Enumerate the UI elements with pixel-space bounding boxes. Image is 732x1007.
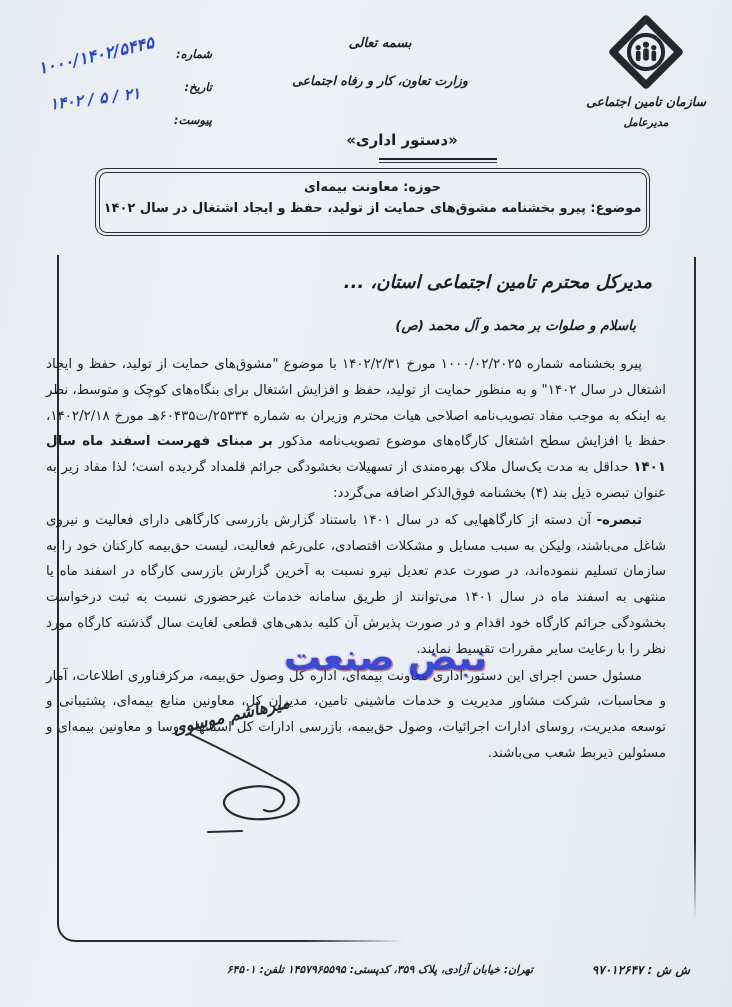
watermark-text: نبض صنعت bbox=[278, 636, 493, 679]
footer-address: تهران: خیابان آزادی، پلاک ۳۵۹، کدپستی: ۱… bbox=[238, 963, 533, 976]
social-security-organization-emblem-icon bbox=[608, 14, 684, 90]
subject-box: حوزه: معاونت بیمه‌ای موضوع: پیرو بخشنامه… bbox=[95, 168, 650, 236]
note-label: تبصره- bbox=[597, 513, 642, 528]
subject-line: موضوع: پیرو بخشنامه مشوق‌های حمایت از تو… bbox=[100, 201, 646, 216]
salutation-addressee: مدیرکل محترم تامین اجتماعی استان، ... bbox=[344, 272, 652, 293]
paragraph-1: پیرو بخشنامه شماره ۱۰۰۰/۰۲/۲۰۲۵ مورخ ۱۴۰… bbox=[46, 352, 666, 507]
paragraph-1-text-c: حداقل به مدت یک‌سال ملاک بهره‌مندی از تس… bbox=[46, 460, 666, 501]
letterhead-center: بسمه تعالی وزارت تعاون، کار و رفاه اجتما… bbox=[260, 36, 500, 88]
signature-block: میرهاشم موسوی bbox=[128, 692, 368, 852]
salutation-greeting: باسلام و صلوات بر محمد و آل محمد (ص) bbox=[395, 318, 636, 334]
ministry-name: وزارت تعاون، کار و رفاه اجتماعی bbox=[260, 73, 500, 88]
scope-line: حوزه: معاونت بیمه‌ای bbox=[100, 180, 646, 195]
body-frame-bottom-left-corner bbox=[57, 893, 177, 942]
meta-labels: شماره: تاریخ: پیوست: bbox=[174, 38, 212, 137]
date-label: تاریخ: bbox=[174, 71, 212, 104]
footer-serial-number: ش ش : ۹۷۰۱۲۶۴۷ bbox=[592, 963, 690, 977]
handwritten-letter-date: ۱۴۰۲ / ۵ / ۲۱ bbox=[29, 82, 160, 116]
bismillah-text: بسمه تعالی bbox=[260, 36, 500, 51]
organization-role: مدیرعامل bbox=[582, 116, 710, 129]
organization-name: سازمان تامین اجتماعی bbox=[582, 94, 710, 109]
body-frame-bottom-border bbox=[175, 940, 405, 943]
body-frame-right-border bbox=[694, 257, 696, 919]
document-title: «دستور اداری» bbox=[346, 131, 458, 149]
handwritten-letter-number: ۱۰۰۰/۱۴۰۲/۵۴۴۵ bbox=[6, 26, 186, 85]
signature-flourish-icon bbox=[128, 692, 368, 852]
title-underline bbox=[379, 158, 497, 163]
subject-box-inner: حوزه: معاونت بیمه‌ای موضوع: پیرو بخشنامه… bbox=[99, 172, 647, 233]
letter-meta-block: شماره: تاریخ: پیوست: ۱۰۰۰/۱۴۰۲/۵۴۴۵ ۱۴۰۲… bbox=[12, 30, 240, 140]
organization-logo-block: سازمان تامین اجتماعی مدیرعامل bbox=[582, 14, 710, 129]
attachment-label: پیوست: bbox=[174, 104, 212, 137]
scanned-letter-page: سازمان تامین اجتماعی مدیرعامل بسمه تعالی… bbox=[0, 0, 732, 1007]
